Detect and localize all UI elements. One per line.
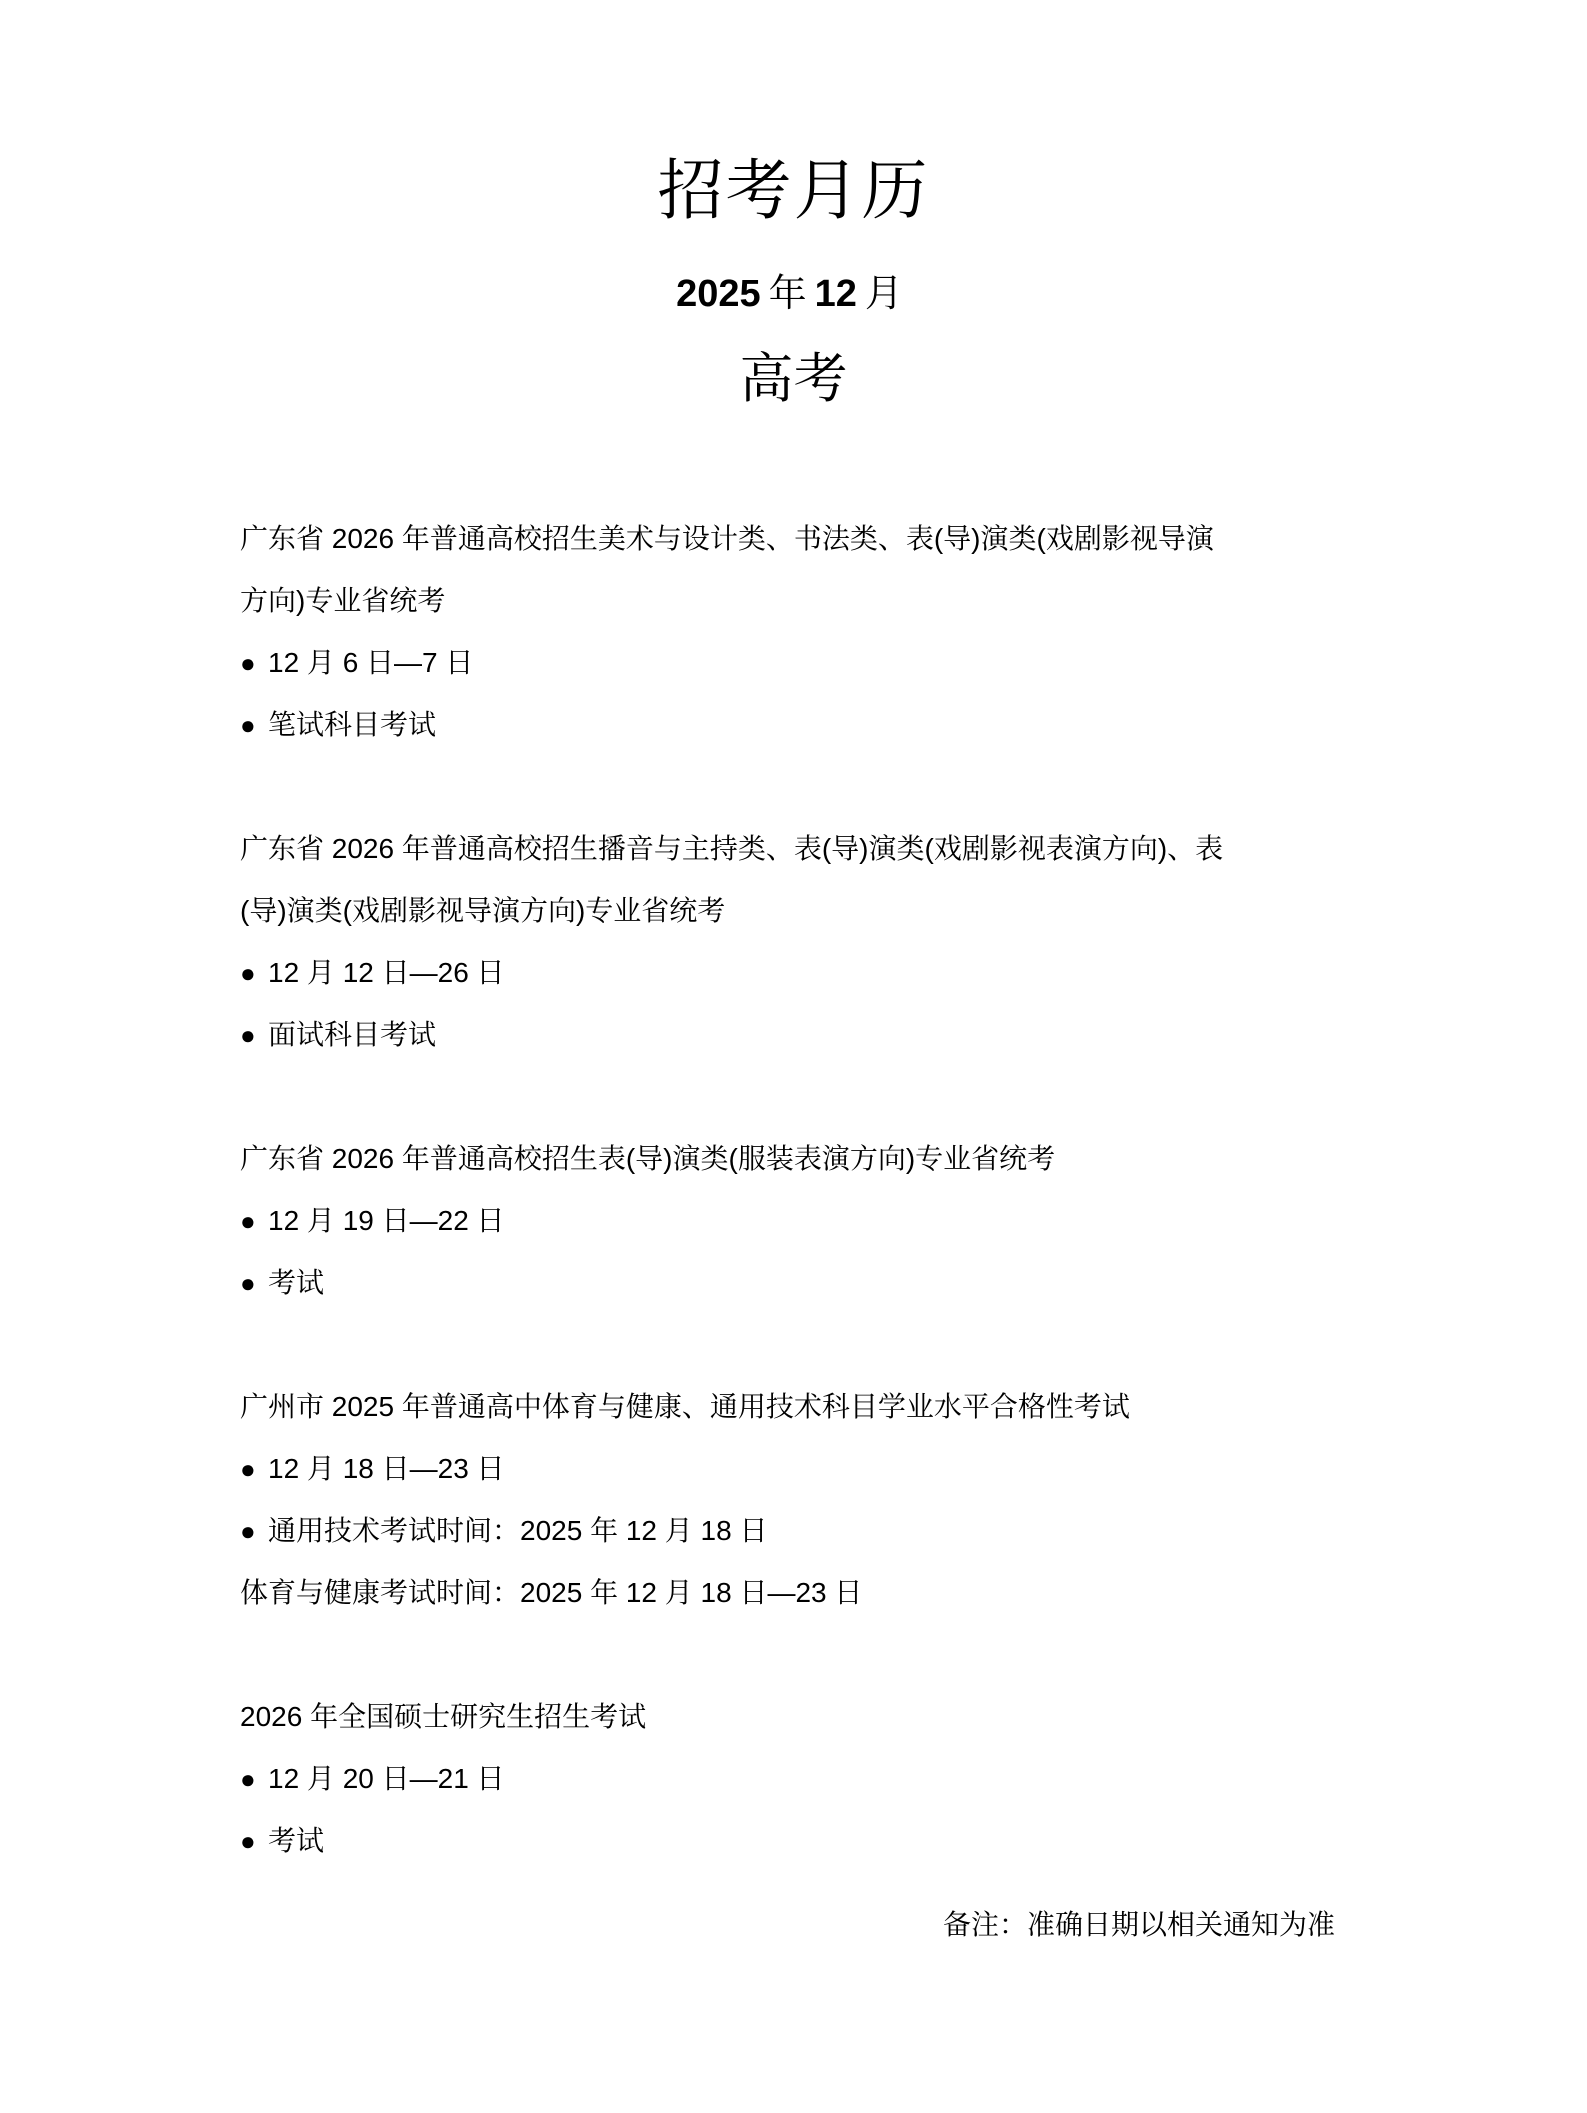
bullet-icon: ● bbox=[240, 942, 268, 1004]
exam-detail-item: ●考试 bbox=[240, 1252, 1335, 1314]
exam-section: 广州市 2025 年普通高中体育与健康、通用技术科目学业水平合格性考试 ●12 … bbox=[240, 1376, 1335, 1624]
subtitle-month: 12 bbox=[815, 273, 857, 315]
bullet-icon: ● bbox=[240, 1500, 268, 1562]
subtitle-month-unit: 月 bbox=[865, 271, 903, 315]
exam-list: 广东省 2026 年普通高校招生美术与设计类、书法类、表(导)演类(戏剧影视导演… bbox=[240, 508, 1335, 1934]
document-page: 招考月历 2025年12月 高考 广东省 2026 年普通高校招生美术与设计类、… bbox=[0, 0, 1587, 2113]
exam-section: 广东省 2026 年普通高校招生表(导)演类(服装表演方向)专业省统考 ●12 … bbox=[240, 1128, 1335, 1314]
exam-detail-item: ●笔试科目考试 bbox=[240, 694, 1335, 756]
exam-title-line: (导)演类(戏剧影视导演方向)专业省统考 bbox=[240, 880, 1335, 942]
exam-date-text: 12 月 19 日—22 日 bbox=[268, 1205, 505, 1236]
bullet-icon: ● bbox=[240, 1252, 268, 1314]
exam-title-line: 2026 年全国硕士研究生招生考试 bbox=[240, 1686, 1335, 1748]
exam-detail-text: 体育与健康考试时间：2025 年 12 月 18 日—23 日 bbox=[240, 1577, 862, 1608]
exam-detail-item: ●面试科目考试 bbox=[240, 1004, 1335, 1066]
exam-title-line: 广州市 2025 年普通高中体育与健康、通用技术科目学业水平合格性考试 bbox=[240, 1376, 1335, 1438]
exam-title-line: 广东省 2026 年普通高校招生美术与设计类、书法类、表(导)演类(戏剧影视导演 bbox=[240, 508, 1335, 570]
exam-title-line: 方向)专业省统考 bbox=[240, 570, 1335, 632]
exam-section: 广东省 2026 年普通高校招生播音与主持类、表(导)演类(戏剧影视表演方向)、… bbox=[240, 818, 1335, 1066]
exam-detail-text: 通用技术考试时间：2025 年 12 月 18 日 bbox=[268, 1515, 767, 1546]
exam-detail-item: ●考试 bbox=[240, 1810, 1335, 1872]
exam-section: 2026 年全国硕士研究生招生考试 ●12 月 20 日—21 日 ●考试 bbox=[240, 1686, 1335, 1872]
exam-date-item: ●12 月 6 日—7 日 bbox=[240, 632, 1335, 694]
exam-date-item: ●12 月 19 日—22 日 bbox=[240, 1190, 1335, 1252]
exam-date-text: 12 月 6 日—7 日 bbox=[268, 647, 473, 678]
exam-date-text: 12 月 18 日—23 日 bbox=[268, 1453, 505, 1484]
bullet-icon: ● bbox=[240, 1748, 268, 1810]
category-heading: 高考 bbox=[0, 344, 1587, 414]
exam-section: 广东省 2026 年普通高校招生美术与设计类、书法类、表(导)演类(戏剧影视导演… bbox=[240, 508, 1335, 756]
exam-detail-item: ●通用技术考试时间：2025 年 12 月 18 日 bbox=[240, 1500, 1335, 1562]
subtitle-year-unit: 年 bbox=[769, 271, 807, 315]
bullet-icon: ● bbox=[240, 1190, 268, 1252]
bullet-icon: ● bbox=[240, 1004, 268, 1066]
bullet-icon: ● bbox=[240, 632, 268, 694]
bullet-icon: ● bbox=[240, 1810, 268, 1872]
exam-date-item: ●12 月 18 日—23 日 bbox=[240, 1438, 1335, 1500]
exam-date-text: 12 月 20 日—21 日 bbox=[268, 1763, 505, 1794]
page-subtitle-date: 2025年12月 bbox=[0, 268, 1587, 319]
exam-date-item: ●12 月 12 日—26 日 bbox=[240, 942, 1335, 1004]
footer-note: 备注：准确日期以相关通知为准 bbox=[943, 1900, 1335, 1950]
exam-detail-item: 体育与健康考试时间：2025 年 12 月 18 日—23 日 bbox=[240, 1562, 1335, 1624]
bullet-icon: ● bbox=[240, 694, 268, 756]
page-title: 招考月历 bbox=[0, 150, 1587, 232]
exam-detail-text: 笔试科目考试 bbox=[268, 709, 436, 740]
exam-title-line: 广东省 2026 年普通高校招生表(导)演类(服装表演方向)专业省统考 bbox=[240, 1128, 1335, 1190]
exam-detail-text: 考试 bbox=[268, 1825, 324, 1856]
exam-date-item: ●12 月 20 日—21 日 bbox=[240, 1748, 1335, 1810]
exam-detail-text: 考试 bbox=[268, 1267, 324, 1298]
exam-detail-text: 面试科目考试 bbox=[268, 1019, 436, 1050]
exam-date-text: 12 月 12 日—26 日 bbox=[268, 957, 505, 988]
subtitle-year: 2025 bbox=[676, 273, 761, 315]
bullet-icon: ● bbox=[240, 1438, 268, 1500]
exam-title-line: 广东省 2026 年普通高校招生播音与主持类、表(导)演类(戏剧影视表演方向)、… bbox=[240, 818, 1335, 880]
